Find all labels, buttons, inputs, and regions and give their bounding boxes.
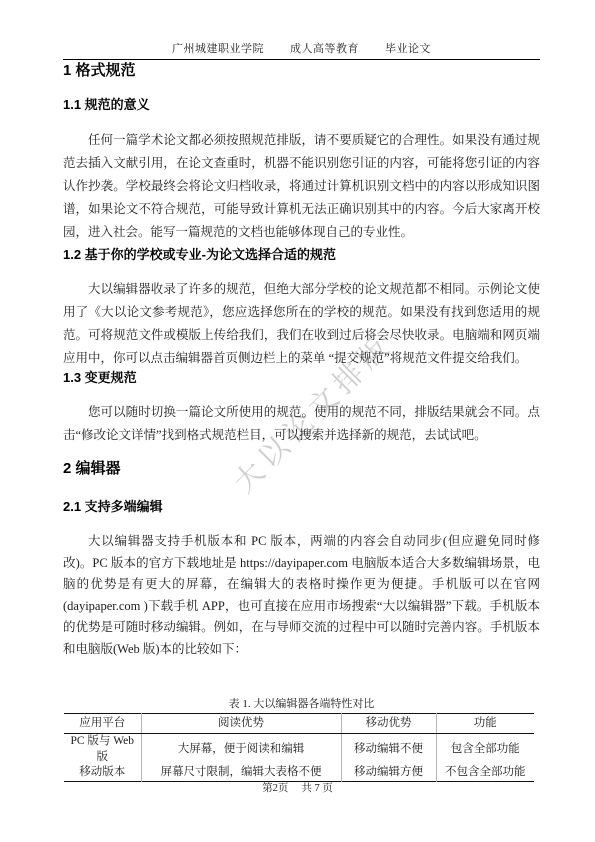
table-cell: PC 版与 Web 版 [64, 734, 141, 766]
document-page: 广州城建职业学院 成人高等教育 毕业论文 大以论文排版 1 格式规范 1.1 规… [0, 0, 595, 842]
table-header-cell: 阅读优势 [141, 714, 341, 734]
page-header: 广州城建职业学院 成人高等教育 毕业论文 [63, 40, 540, 60]
section-heading-1-1: 1.1 规范的意义 [63, 97, 540, 112]
table-cell: 大屏幕，便于阅读和编辑 [141, 734, 341, 766]
section-heading-1-2: 1.2 基于你的学校或专业-为论文选择合适的规范 [63, 247, 540, 262]
table-row: 移动版本 屏幕尺寸限制，编辑大表格不便 移动编辑方便 不包含全部功能 [64, 765, 534, 781]
comparison-table: 应用平台 阅读优势 移动优势 功能 PC 版与 Web 版 大屏幕，便于阅读和编… [64, 713, 534, 782]
footer-page-number: 第2页 [262, 780, 288, 795]
download-url: https://dayipaper.com [240, 556, 348, 570]
table-cell: 包含全部功能 [436, 734, 534, 766]
section-heading-1-3: 1.3 变更规范 [63, 370, 540, 385]
table-caption: 表 1. 大以编辑器各端特性对比 [63, 695, 540, 711]
table-cell: 移动版本 [64, 765, 141, 781]
table-header-row: 应用平台 阅读优势 移动优势 功能 [64, 714, 534, 734]
paragraph-2-1: 大以编辑器支持手机版本和 PC 版本，两端的内容会自动同步(但应避免同时修改)。… [63, 531, 540, 660]
paragraph-2-1-text-post: 电脑版本适合大多数编辑场景，电脑的优势是有更大的屏幕，在编辑大的表格时操作更为便… [63, 556, 540, 656]
section-heading-1: 1 格式规范 [63, 62, 540, 79]
paragraph-1-3: 您可以随时切换一篇论文所使用的规范。使用的规范不同，排版结果就会不同。点击“修改… [63, 401, 540, 447]
table-row: PC 版与 Web 版 大屏幕，便于阅读和编辑 移动编辑不便 包含全部功能 [64, 734, 534, 766]
paragraph-1-1: 任何一篇学术论文都必须按照规范排版，请不要质疑它的合理性。如果没有通过规范去插入… [63, 129, 540, 244]
section-heading-2-1: 2.1 支持多端编辑 [63, 499, 540, 514]
table-cell: 移动编辑方便 [341, 765, 436, 781]
page-footer: 第2页 共 7 页 [0, 780, 595, 795]
header-doc-type: 毕业论文 [385, 40, 431, 56]
paragraph-1-2: 大以编辑器收录了许多的规范，但绝大部分学校的论文规范都不相同。示例论文使用了《大… [63, 278, 540, 370]
table-cell: 屏幕尺寸限制，编辑大表格不便 [141, 765, 341, 781]
footer-total-pages: 共 7 页 [301, 780, 333, 795]
table-cell: 移动编辑不便 [341, 734, 436, 766]
header-program: 成人高等教育 [290, 40, 359, 56]
header-institution: 广州城建职业学院 [172, 40, 264, 56]
table-header-cell: 功能 [436, 714, 534, 734]
table-header-cell: 移动优势 [341, 714, 436, 734]
table-header-cell: 应用平台 [64, 714, 141, 734]
section-heading-2: 2 编辑器 [63, 460, 540, 477]
table-cell: 不包含全部功能 [436, 765, 534, 781]
